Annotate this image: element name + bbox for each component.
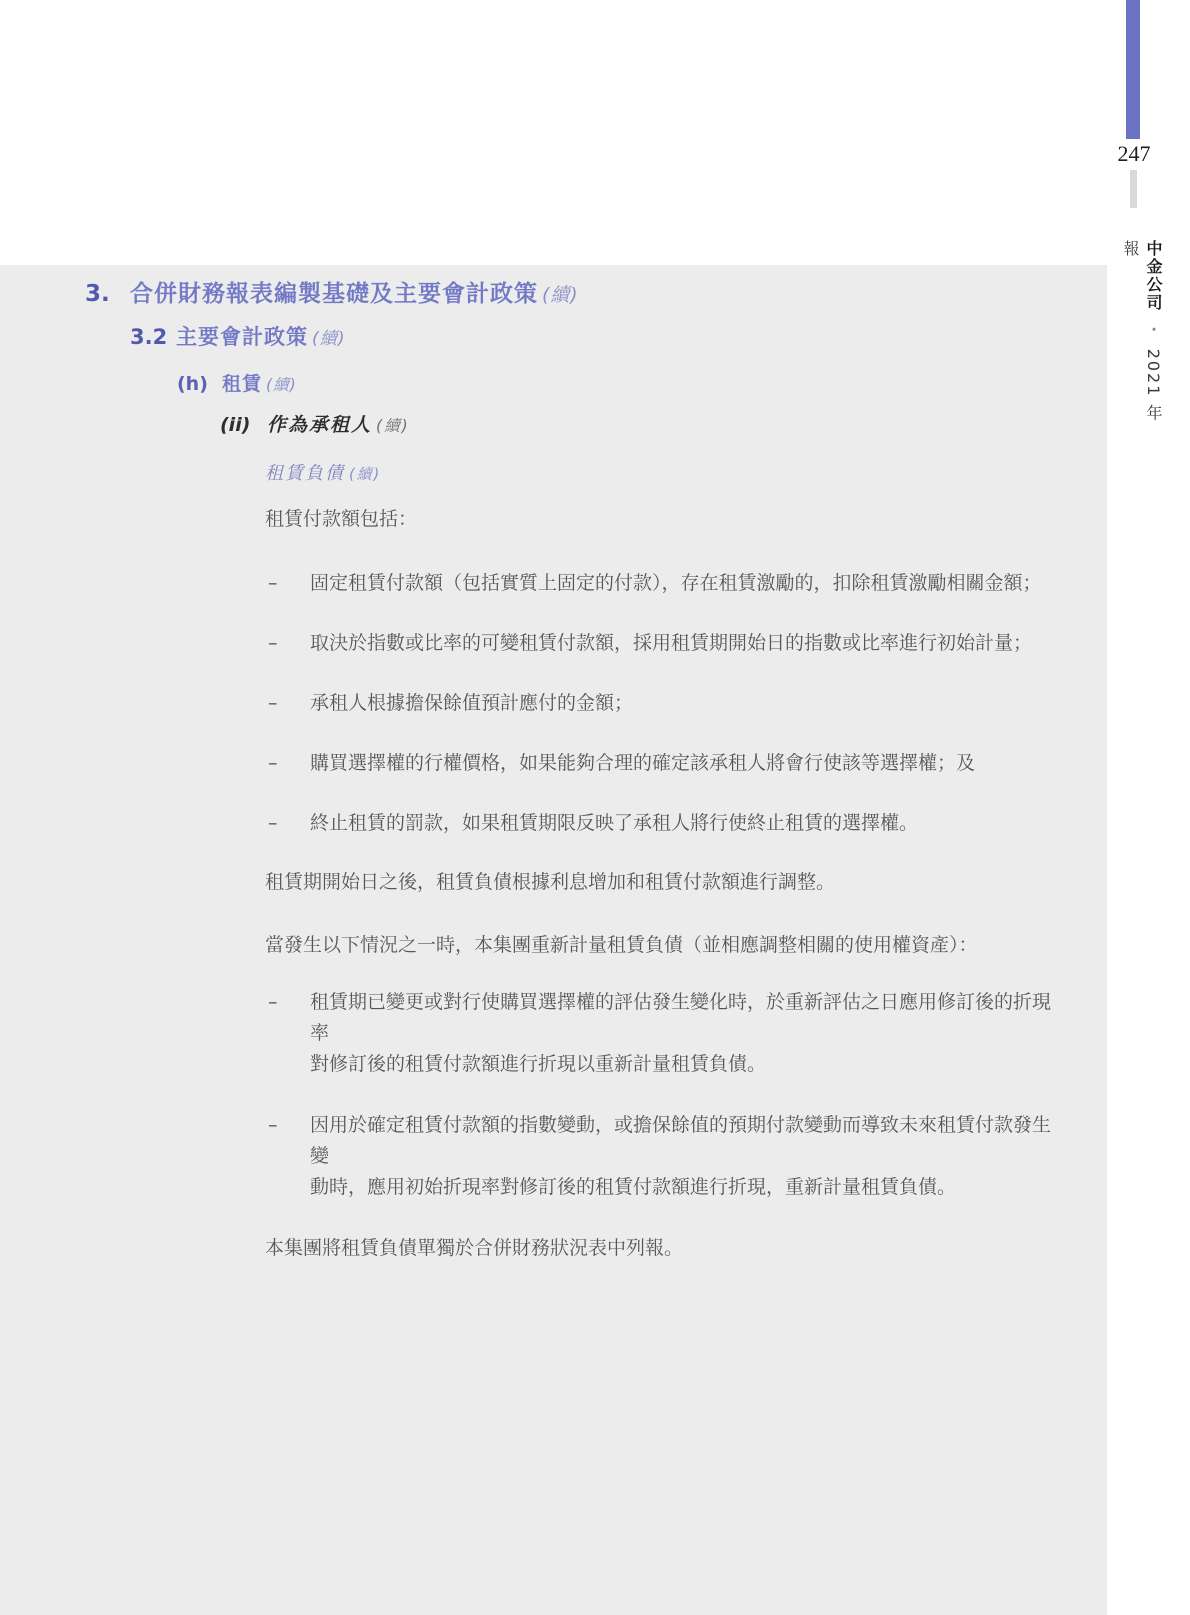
lease-liability-cont: (續) [349,466,381,483]
item-h-title: 租賃(續) [222,371,297,399]
list-item-line: 租賃期已變更或對行使購買選擇權的評估發生變化時，於重新評估之日應用修訂後的折現率 [310,987,1058,1049]
list-item: – 取決於指數或比率的可變租賃付款額，採用租賃期開始日的指數或比率進行初始計量； [268,628,1058,659]
list-item-text: 購買選擇權的行權價格，如果能夠合理的確定該承租人將會行使該等選擇權；及 [310,748,1058,779]
list-item-text: 租賃期已變更或對行使購買選擇權的評估發生變化時，於重新評估之日應用修訂後的折現率… [310,987,1058,1080]
dash-icon: – [268,808,310,839]
bullet-separator-icon: • [1147,326,1160,335]
list-item: – 購買選擇權的行權價格，如果能夠合理的確定該承租人將會行使該等選擇權；及 [268,748,1058,779]
section-number: 3. [85,278,130,310]
list-item-text: 承租人根據擔保餘值預計應付的金額； [310,688,1058,719]
list-item: – 承租人根據擔保餘值預計應付的金額； [268,688,1058,719]
subsection-title-text: 主要會計政策 [176,325,308,349]
list-item: – 終止租賃的罰款，如果租賃期限反映了承租人將行使終止租賃的選擇權。 [268,808,1058,839]
dash-icon: – [268,987,310,1080]
dash-icon: – [268,688,310,719]
list-item-line: 對修訂後的租賃付款額進行折現以重新計量租賃負債。 [310,1049,1058,1080]
sidebar-caption: 中金公司 • 2021 年報 [1119,240,1165,440]
accent-bar [1126,0,1140,139]
item-h-title-text: 租賃 [222,373,262,395]
page-number-tick [1130,170,1137,208]
dash-icon: – [268,628,310,659]
section-title-text: 合併財務報表編製基礎及主要會計政策 [130,281,538,307]
presentation-paragraph: 本集團將租賃負債單獨於合併財務狀況表中列報。 [265,1233,1055,1264]
list-item: – 租賃期已變更或對行使購買選擇權的評估發生變化時，於重新評估之日應用修訂後的折… [268,987,1058,1080]
list-item-text: 取決於指數或比率的可變租賃付款額，採用租賃期開始日的指數或比率進行初始計量； [310,628,1058,659]
item-ii-cont: (續) [376,417,410,435]
list-item-text: 固定租賃付款額（包括實質上固定的付款），存在租賃激勵的，扣除租賃激勵相關金額； [310,568,1058,599]
subsection-cont: (續) [312,329,346,349]
item-ii-title-text: 作為承租人 [267,414,372,436]
dash-icon: – [268,568,310,599]
section-title: 合併財務報表編製基礎及主要會計政策(續) [130,278,579,311]
subsection-title: 主要會計政策(續) [176,323,346,354]
item-ii-title: 作為承租人(續) [267,412,410,440]
section-cont: (續) [542,284,579,306]
list-item: – 因用於確定租賃付款額的指數變動，或擔保餘值的預期付款變動而導致未來租賃付款發… [268,1110,1058,1203]
company-name: 中金公司 [1144,240,1163,312]
content-panel: 3. 合併財務報表編製基礎及主要會計政策(續) 3.2 主要會計政策(續) (h… [0,265,1107,1615]
adjust-paragraph: 租賃期開始日之後，租賃負債根據利息增加和租賃付款額進行調整。 [265,867,1055,898]
lease-liability-subheading-text: 租賃負債 [265,463,345,484]
report-page: { "colors": { "accent_bar": "#6C73C4", "… [0,0,1190,1615]
item-h-number: (h) [177,371,222,398]
list-item-line: 因用於確定租賃付款額的指數變動，或擔保餘值的預期付款變動而導致未來租賃付款發生變 [310,1110,1058,1172]
subsection-number: 3.2 [130,323,176,352]
list-item-text: 因用於確定租賃付款額的指數變動，或擔保餘值的預期付款變動而導致未來租賃付款發生變… [310,1110,1058,1203]
list-item-line: 動時，應用初始折現率對修訂後的租賃付款額進行折現，重新計量租賃負債。 [310,1172,1058,1203]
dash-icon: – [268,748,310,779]
dash-icon: – [268,1110,310,1203]
lease-liability-subheading: 租賃負債(續) [265,461,1107,488]
remeasure-paragraph: 當發生以下情況之一時，本集團重新計量租賃負債（並相應調整相關的使用權資產）： [265,930,1055,961]
page-number: 247 [1108,141,1160,167]
list-item-text: 終止租賃的罰款，如果租賃期限反映了承租人將行使終止租賃的選擇權。 [310,808,1058,839]
section-heading: 3. 合併財務報表編製基礎及主要會計政策(續) [85,278,1107,311]
item-ii-number: (ii) [220,412,267,439]
subsection-heading: 3.2 主要會計政策(續) [130,323,1107,354]
item-h-heading: (h) 租賃(續) [177,371,1107,399]
list-item: – 固定租賃付款額（包括實質上固定的付款），存在租賃激勵的，扣除租賃激勵相關金額… [268,568,1058,599]
item-ii-heading: (ii) 作為承租人(續) [220,412,1107,440]
intro-paragraph: 租賃付款額包括： [265,504,1055,535]
item-h-cont: (續) [266,376,297,394]
